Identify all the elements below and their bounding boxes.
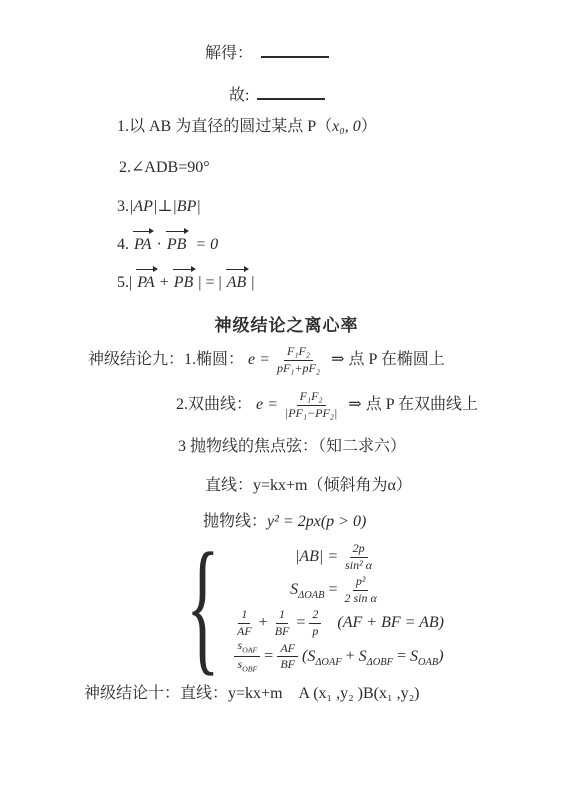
vector-PA: PA	[132, 234, 153, 256]
equals-sign: =	[264, 648, 273, 665]
eccentricity-lhs: e =	[256, 396, 278, 413]
document-page: 解得： 故: 1.以 AB 为直径的圆过某点 P（x₀, 0） 2.∠ADB=9…	[0, 0, 573, 796]
eq4-left-fraction: sOAFsOBF	[234, 639, 260, 675]
focal-chord-heading: 3 抛物线的焦点弦：（知二求六）	[178, 436, 406, 458]
equals-sign: =	[328, 581, 337, 598]
fraction-denominator: pF₁+pF₂	[274, 361, 323, 376]
left-brace-icon: {	[186, 531, 220, 681]
condition-1: 1.以 AB 为直径的圆过某点 P（x₀, 0）	[117, 116, 377, 138]
condition-3: 3.|AP|⊥|BP|	[117, 196, 201, 218]
condition-4: 4.PA·PB = 0	[117, 234, 218, 256]
condition-5-mid: | = |	[198, 274, 221, 291]
condition-3-number: 3.	[117, 198, 129, 215]
conclusion-ten: 神级结论十：直线：y=kx+mA (x₁ ,y₂ )B(x₁ ,y₂)	[84, 683, 419, 705]
eq3-fraction-1: 1AF	[234, 608, 255, 639]
fraction-denominator: p	[309, 624, 321, 639]
fraction-numerator: 1	[276, 608, 288, 624]
section-title: 神级结论之离心率	[0, 311, 573, 336]
area-subscript: OBF	[242, 665, 257, 674]
fraction-numerator: p²	[353, 575, 369, 591]
equals-sign: =	[296, 614, 305, 631]
conclusion-nine-ellipse: 神级结论九：1.椭圆： e =F₁F₂pF₁+pF₂⇒点 P 在椭圆上	[88, 340, 445, 380]
fraction-numerator: 2p	[350, 542, 368, 558]
fraction-numerator: F₁F₂	[284, 345, 313, 361]
eccentricity-fraction: F₁F₂|PF₁−PF₂|	[282, 390, 340, 421]
implies-arrow: ⇒	[331, 351, 344, 368]
plus-operator: +	[346, 648, 355, 665]
area-subscript: ΔOAB	[298, 590, 324, 601]
conclusion-nine-hyperbola: 2.双曲线： e =F₁F₂|PF₁−PF₂|⇒点 P 在双曲线上	[176, 385, 478, 425]
brace-wrap: {	[186, 540, 204, 672]
blank-underline	[261, 42, 329, 58]
implies-arrow: ⇒	[348, 396, 361, 413]
solve-line: 解得：	[205, 42, 329, 65]
equation-triangle-area: SΔOAB =p²2 sin α	[204, 573, 470, 606]
plus-operator: +	[259, 614, 268, 631]
eq4-paren-close: )	[438, 648, 443, 665]
area-term-2: SΔOBF	[359, 648, 393, 665]
condition-4-rhs: = 0	[195, 236, 218, 253]
fraction-numerator: AF	[277, 642, 298, 658]
area-term-3: SOAB	[410, 648, 438, 665]
equation-area-ratio: sOAFsOBF=AFBF(SΔOAF + SΔOBF = SOAB)	[204, 639, 470, 672]
area-subscript: OAF	[242, 645, 257, 654]
formula-system: { |AB| =2psin² α SΔOAB =p²2 sin α 1AF+1B…	[186, 540, 470, 672]
solve-label: 解得：	[205, 45, 253, 62]
condition-2: 2.∠ADB=90°	[119, 157, 210, 179]
eq3-fraction-2: 1BF	[272, 608, 293, 639]
hyperbola-prefix: 2.双曲线：	[176, 396, 252, 413]
eq3-fraction-3: 2p	[309, 608, 321, 639]
conclusion-ten-line: 直线：y=kx+m	[180, 685, 283, 702]
fraction-denominator: sin² α	[342, 558, 375, 573]
parabola-math: y² = 2px(p > 0)	[267, 513, 366, 530]
ellipse-conclusion: 点 P 在椭圆上	[348, 351, 444, 368]
area-symbol: S	[290, 581, 298, 598]
equation-chord-length: |AB| =2psin² α	[204, 540, 470, 573]
area-symbol: S	[359, 648, 367, 665]
equation-focal-reciprocals: 1AF+1BF=2p(AF + BF = AB)	[204, 606, 470, 639]
area-term-1: SΔOAF	[307, 648, 341, 665]
fraction-denominator: BF	[272, 624, 293, 639]
area-subscript: ΔOAF	[315, 657, 341, 668]
vector-PA: PA	[135, 272, 156, 294]
plus-operator: +	[160, 274, 169, 291]
blank-underline	[257, 84, 325, 100]
ellipse-prefix: 1.椭圆：	[184, 351, 244, 368]
fraction-denominator: sOBF	[234, 657, 260, 674]
fraction-denominator: BF	[277, 657, 298, 672]
conclusion-nine-label: 神级结论九：	[88, 351, 184, 368]
fraction-numerator: 1	[238, 608, 250, 624]
eq3-note: (AF + BF = AB)	[337, 614, 444, 631]
condition-1-text: 1.以 AB 为直径的圆过某点 P（	[117, 118, 332, 135]
parabola-equation: 抛物线：y² = 2px(p > 0)	[203, 511, 366, 533]
thus-line: 故:	[229, 84, 325, 107]
area-subscript: ΔOBF	[367, 657, 393, 668]
condition-5-end: |	[251, 274, 254, 291]
area-symbol: S	[410, 648, 418, 665]
condition-2-text: 2.∠ADB=90°	[119, 159, 210, 176]
eq1-lhs: |AB| =	[295, 548, 338, 565]
condition-4-number: 4.	[117, 236, 129, 253]
condition-1-math: x₀, 0	[332, 118, 361, 135]
eq1-fraction: 2psin² α	[342, 542, 375, 573]
fraction-numerator: sOAF	[234, 639, 260, 657]
fraction-denominator: 2 sin α	[342, 591, 380, 606]
eq2-fraction: p²2 sin α	[342, 575, 380, 606]
equation-column: |AB| =2psin² α SΔOAB =p²2 sin α 1AF+1BF=…	[204, 540, 470, 672]
fraction-denominator: AF	[234, 624, 255, 639]
fraction-numerator: 2	[309, 608, 321, 624]
fraction-numerator: F₁F₂	[297, 390, 326, 406]
eq2-lhs: SΔOAB	[290, 581, 324, 598]
fraction-denominator: |PF₁−PF₂|	[282, 406, 340, 421]
vector-AB: AB	[225, 272, 249, 294]
line-equation: 直线：y=kx+m（倾斜角为α）	[205, 475, 412, 497]
vector-PB: PB	[165, 234, 189, 256]
conclusion-ten-points: A (x₁ ,y₂ )B(x₁ ,y₂)	[299, 685, 420, 702]
vector-PB: PB	[172, 272, 196, 294]
conclusion-ten-label: 神级结论十：	[84, 685, 180, 702]
area-subscript: OAB	[418, 657, 438, 668]
condition-3-math: |AP|⊥|BP|	[129, 198, 201, 215]
eq4-right-fraction: AFBF	[277, 642, 298, 673]
equals-sign: =	[397, 648, 406, 665]
condition-1-close: ）	[361, 118, 377, 135]
eccentricity-lhs: e =	[248, 351, 270, 368]
condition-5: 5.|PA+PB| = |AB|	[117, 272, 254, 294]
condition-5-number: 5.|	[117, 274, 132, 291]
dot-operator: ·	[156, 236, 161, 253]
eccentricity-fraction: F₁F₂pF₁+pF₂	[274, 345, 323, 376]
hyperbola-conclusion: 点 P 在双曲线上	[366, 396, 478, 413]
thus-label: 故:	[229, 87, 249, 104]
